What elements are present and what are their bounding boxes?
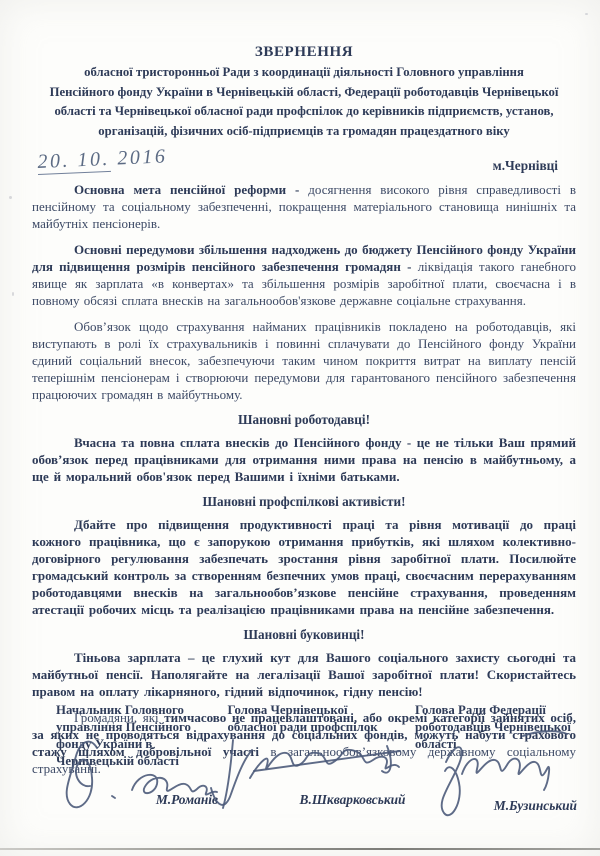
heading-union-activists: Шановні профспілкові активісти! xyxy=(32,494,576,510)
dateline: 20. 10. 2016 м.Чернівці xyxy=(38,142,570,174)
signatory-trade-unions-title: Голова Чернівецької обласної ради профсп… xyxy=(228,702,406,736)
signatory-employers-federation-title: Голова Ради Федерації роботодавців Черні… xyxy=(415,702,577,753)
paragraph-goal: Основна мета пенсійної реформи - досягне… xyxy=(32,181,576,232)
paragraph-goal-lead: Основна мета пенсійної реформи - xyxy=(74,182,299,197)
scan-speck xyxy=(12,292,14,296)
signatory-pension-fund-title: Начальник Головного управління Пенсійног… xyxy=(56,702,218,770)
paragraph-preconditions: Основні передумови збільшення надходжень… xyxy=(32,241,576,309)
signature-block: Начальник Головного управління Пенсійног… xyxy=(56,702,577,808)
paragraph-union-activists: Дбайте про підвищення продуктивності пра… xyxy=(32,516,576,618)
document-place: м.Чернівці xyxy=(493,158,570,174)
paragraph-bukovynians: Тіньова зарплата – це глухий кут для Ваш… xyxy=(32,649,576,700)
signatory-trade-unions: Голова Чернівецької обласної ради профсп… xyxy=(228,702,406,808)
signatory-employers-federation: Голова Ради Федерації роботодавців Черні… xyxy=(415,702,577,808)
document-title: ЗВЕРНЕННЯ xyxy=(32,44,576,61)
scanned-document-page: ЗВЕРНЕННЯ обласної тристоронньої Ради з … xyxy=(0,0,600,856)
document-content: ЗВЕРНЕННЯ обласної тристоронньої Ради з … xyxy=(0,0,600,777)
signatory-trade-unions-name: В.Шкварковський xyxy=(228,792,406,808)
handwritten-date: 20. 10. 2016 xyxy=(37,145,168,174)
handwritten-date-day-month: 20. 10. xyxy=(37,148,110,175)
signatory-pension-fund-name: М.Романів xyxy=(56,792,218,808)
handwritten-date-year: 2016 xyxy=(117,145,168,169)
paragraph-employers: Вчасна та повна сплата внесків до Пенсій… xyxy=(32,434,576,485)
signatory-employers-federation-name: М.Бузинський xyxy=(415,798,577,814)
paragraph-obligation: Обов’язок щодо страхування найманих прац… xyxy=(32,318,576,403)
heading-bukovynians: Шановні буковинці! xyxy=(32,627,576,643)
scan-speck xyxy=(585,13,588,15)
scan-speck xyxy=(9,196,12,199)
scan-bottom-edge xyxy=(0,848,600,850)
signatory-pension-fund: Начальник Головного управління Пенсійног… xyxy=(56,702,218,808)
document-subtitle: обласної тристоронньої Ради з координаці… xyxy=(32,63,576,141)
heading-employers: Шановні роботодавці! xyxy=(32,412,576,428)
